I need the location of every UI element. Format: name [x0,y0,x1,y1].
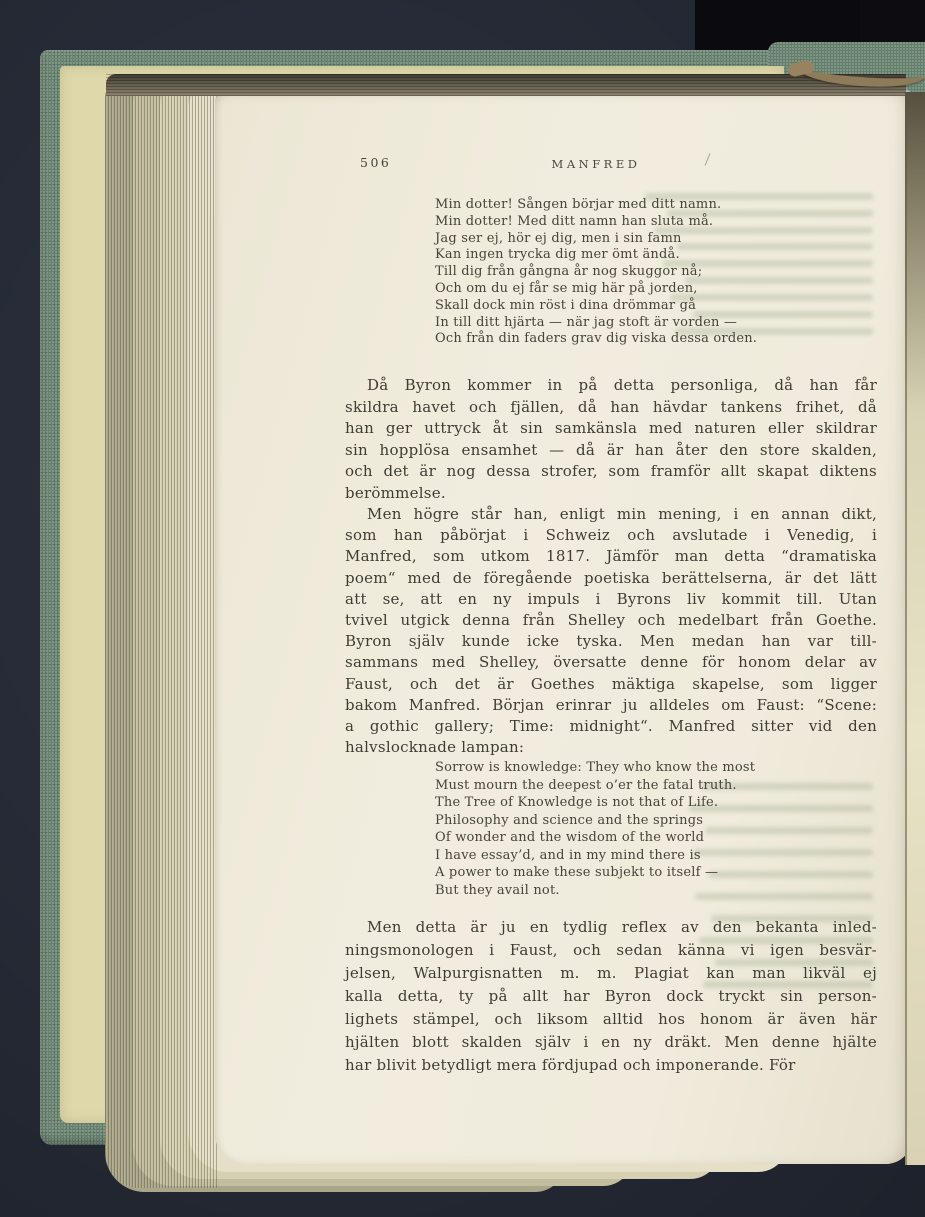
fore-edge-striations [105,80,217,1188]
text-line: sammans med Shelley, översatte denne för… [345,652,877,673]
text-line: Och om du ej får se mig här på jorden, [435,281,775,298]
text-line: The Tree of Knowledge is not that of Lif… [435,794,765,812]
text-line: Till dig från gångna år nog skuggor nå; [435,264,775,281]
text-line: Men högre står han, enligt min mening, i… [345,504,877,525]
page-top-edges [106,74,906,96]
text-line: Manfred, som utkom 1817. Jämför man dett… [345,546,877,567]
text-line: jelsen, Walpurgisnatten m. m. Plagiat ka… [345,962,877,985]
running-header: MANFRED [330,157,862,171]
text-line: Sorrow is knowledge: They who know the m… [435,759,765,777]
text-line: som han påbörjat i Schweiz och avslutade… [345,525,877,546]
text-line: Kan ingen trycka dig mer ömt ändå. [435,247,775,264]
text-line: lighets stämpel, och liksom alltid hos h… [345,1008,877,1031]
text-line: kalla detta, ty på allt har Byron dock t… [345,985,877,1008]
text-line: hjälten blott skalden själv i en ny dräk… [345,1031,877,1054]
text-line: har blivit betydligt mera fördjupad och … [345,1054,877,1077]
text-line: In till ditt hjärta — när jag stoft är v… [435,315,775,332]
paragraph-1: Då Byron kommer in på detta personliga, … [345,375,877,504]
gutter-fold [905,92,925,1165]
text-line: poem“ med de föregående poetiska berätte… [345,568,877,589]
text-line: skildra havet och fjällen, då han hävdar… [345,397,877,419]
text-line: berömmelse. [345,483,877,505]
text-line: Då Byron kommer in på detta personliga, … [345,375,877,397]
text-line: Jag ser ej, hör ej dig, men i sin famn [435,231,775,248]
book-photo-scene: 506 MANFRED Min dotter! Sången börjar me… [0,0,925,1217]
text-line: ningsmonologen i Faust, och sedan känna … [345,939,877,962]
text-line: att se, att en ny impuls i Byrons liv ko… [345,589,877,610]
text-line: Of wonder and the wisdom of the world [435,829,765,847]
text-line: I have essay’d, and in my mind there is [435,847,765,865]
text-line: Philosophy and science and the springs [435,812,765,830]
paragraph-3: Men detta är ju en tydlig reflex av den … [345,916,877,1077]
text-line: bakom Manfred. Början erinrar ju alldele… [345,695,877,716]
text-line: Skall dock min röst i dina drömmar gå [435,298,775,315]
paragraph-2: Men högre står han, enligt min mening, i… [345,504,877,758]
book-page: 506 MANFRED Min dotter! Sången börjar me… [215,89,912,1164]
text-line: Men detta är ju en tydlig reflex av den … [345,916,877,939]
text-line: A power to make these subjekt to itself … [435,864,765,882]
text-line: Must mourn the deepest o’er the fatal tr… [435,777,765,795]
text-line: sin hopplösa ensamhet — då är han åter d… [345,440,877,462]
text-line: But they avail not. [435,882,765,900]
english-quote-block: Sorrow is knowledge: They who know the m… [435,759,765,899]
text-line: Faust, och det är Goethes mäktiga skapel… [345,674,877,695]
text-line: tvivel utgick denna från Shelley och med… [345,610,877,631]
swedish-poem-block: Min dotter! Sången börjar med ditt namn.… [435,197,775,348]
text-line: Byron själv kunde icke tyska. Men medan … [345,631,877,652]
text-line: halvslocknade lampan: [345,737,877,758]
text-line: Min dotter! Sången börjar med ditt namn. [435,197,775,214]
text-line: Och från din faders grav dig viska dessa… [435,331,775,348]
text-line: Min dotter! Med ditt namn han sluta må. [435,214,775,231]
text-line: och det är nog dessa strofer, som framfö… [345,461,877,483]
text-line: a gothic gallery; Time: midnight“. Manfr… [345,716,877,737]
text-line: han ger uttryck åt sin samkänsla med nat… [345,418,877,440]
